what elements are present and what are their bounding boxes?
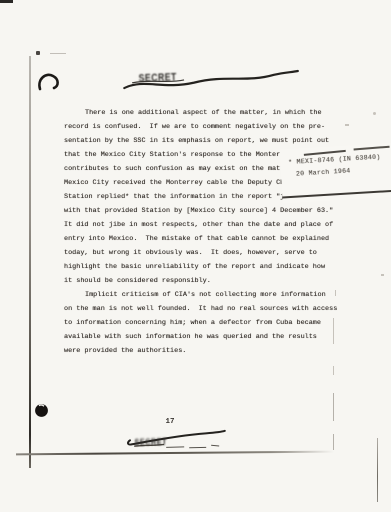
body-line: highlight the basic unreliability of the… bbox=[64, 260, 350, 274]
binder-ring-mark bbox=[36, 71, 62, 97]
classification-stamp-bottom-block: SECRET bbox=[126, 426, 237, 455]
document-page: SECRET There is one additional aspect of… bbox=[0, 0, 391, 512]
strikethrough-line-top bbox=[122, 60, 303, 96]
scan-bottom-line bbox=[16, 451, 334, 456]
cable-reference: * MEXI-8746 (IN 63840) bbox=[288, 154, 381, 166]
scan-speck bbox=[333, 434, 334, 450]
scan-speck bbox=[333, 393, 334, 421]
body-line: record is confused. If we are to comment… bbox=[64, 120, 350, 134]
scan-speck bbox=[333, 318, 334, 344]
slip-edge-line bbox=[354, 146, 390, 150]
scan-dot-mark bbox=[36, 51, 40, 55]
body-line: entry into Mexico. The mistake of that c… bbox=[64, 232, 350, 246]
body-line: Implicit criticism of CIA's not collecti… bbox=[64, 288, 350, 302]
scan-dash-mark bbox=[50, 53, 66, 54]
body-line: today, but wrong it obviously was. It do… bbox=[64, 246, 350, 260]
scan-right-line bbox=[377, 438, 378, 502]
document-body: There is one additional aspect of the ma… bbox=[64, 106, 350, 358]
body-line: There is one additional aspect of the ma… bbox=[64, 106, 350, 120]
cable-date: 20 March 1964 bbox=[296, 167, 351, 177]
classification-stamp-top-block: SECRET bbox=[122, 60, 303, 96]
scan-corner-mark bbox=[0, 0, 13, 3]
body-line: It did not jibe in most respects, other … bbox=[64, 218, 350, 232]
body-line: to information concerning him; when a de… bbox=[64, 316, 350, 330]
scan-speck bbox=[373, 112, 376, 115]
page-number: 17 bbox=[150, 418, 190, 426]
slip-edge-line bbox=[282, 189, 391, 198]
page-left-edge-line bbox=[29, 56, 31, 468]
scan-speck bbox=[381, 274, 384, 276]
body-line: it should be considered responsibly. bbox=[64, 274, 350, 288]
scan-speck bbox=[345, 124, 349, 126]
body-line: available with such information he was q… bbox=[64, 330, 350, 344]
body-line: sentation by the SSC in its emphasis on … bbox=[64, 134, 350, 148]
body-line: on the man is not well founded. It had n… bbox=[64, 302, 350, 316]
grommet-mark bbox=[33, 402, 51, 420]
scan-speck bbox=[333, 366, 334, 375]
classification-stamp-bottom: SECRET bbox=[134, 437, 167, 448]
scan-speck bbox=[335, 290, 336, 296]
scanned-document-screenshot: { "document": { "classification_stamp_to… bbox=[0, 0, 391, 512]
body-line: with that provided Station by [Mexico Ci… bbox=[64, 204, 350, 218]
body-line: were provided the authorities. bbox=[64, 344, 350, 358]
slip-edge-line bbox=[304, 150, 346, 156]
routing-slip: * MEXI-8746 (IN 63840) 20 March 1964 bbox=[280, 143, 391, 204]
